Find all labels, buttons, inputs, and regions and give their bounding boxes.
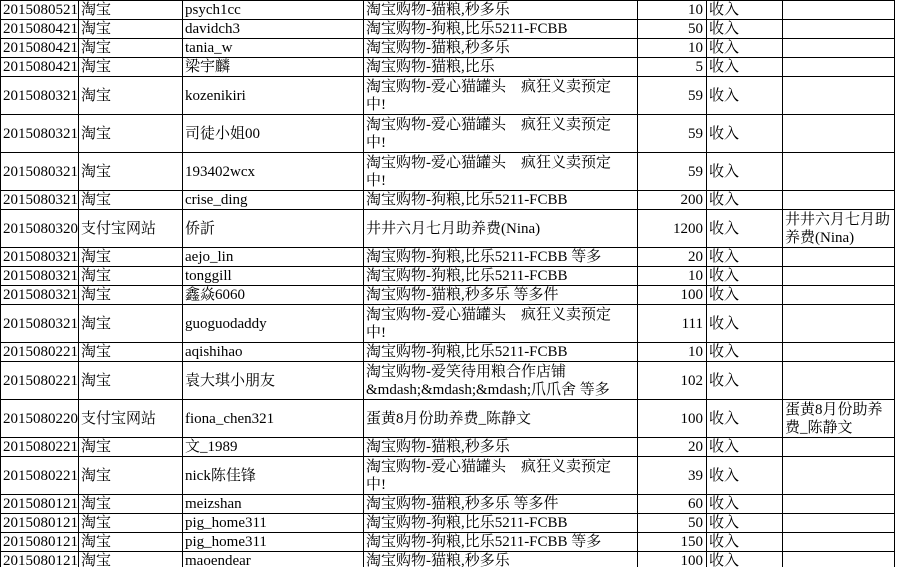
- table-row: 2015080521淘宝psych1cc淘宝购物-猫粮,秒多乐10收入: [1, 1, 895, 20]
- description-cell[interactable]: 淘宝购物-猫粮,秒多乐 等多件: [364, 495, 638, 514]
- source-cell-value: 淘宝: [79, 248, 182, 266]
- transaction-number-cell[interactable]: 2015080321: [1, 115, 79, 153]
- type-cell-value: 收入: [707, 191, 782, 209]
- table-row: 2015080321淘宝guoguodaddy淘宝购物-爱心猫罐头 疯狂义卖预定…: [1, 305, 895, 343]
- amount-cell[interactable]: 59: [638, 115, 707, 153]
- username-cell-value: psych1cc: [183, 1, 363, 19]
- type-cell[interactable]: 收入: [707, 533, 783, 552]
- amount-cell-value: 111: [638, 305, 706, 342]
- source-cell[interactable]: 淘宝: [79, 286, 183, 305]
- transaction-number-cell-value: 2015080421: [1, 20, 78, 38]
- amount-cell[interactable]: 111: [638, 305, 707, 343]
- transaction-number-cell[interactable]: 2015080421: [1, 58, 79, 77]
- table-row: 2015080321淘宝kozenikiri淘宝购物-爱心猫罐头 疯狂义卖预定 …: [1, 77, 895, 115]
- note-cell[interactable]: [783, 457, 895, 495]
- note-cell[interactable]: [783, 286, 895, 305]
- note-cell[interactable]: [783, 248, 895, 267]
- table-row: 2015080421淘宝tania_w淘宝购物-猫粮,秒多乐10收入: [1, 39, 895, 58]
- description-cell-value: 淘宝购物-狗粮,比乐5211-FCBB: [364, 20, 637, 38]
- amount-cell-value: 10: [638, 267, 706, 285]
- username-cell-value: davidch3: [183, 20, 363, 38]
- description-cell[interactable]: 淘宝购物-猫粮,秒多乐 等多件: [364, 286, 638, 305]
- amount-cell[interactable]: 10: [638, 1, 707, 20]
- description-cell[interactable]: 淘宝购物-爱心猫罐头 疯狂义卖预定 中!: [364, 153, 638, 191]
- source-cell-value: 淘宝: [79, 153, 182, 190]
- transaction-number-cell[interactable]: 2015080221: [1, 362, 79, 400]
- type-cell-value: 收入: [707, 438, 782, 456]
- type-cell[interactable]: 收入: [707, 305, 783, 343]
- description-cell-value: 淘宝购物-狗粮,比乐5211-FCBB: [364, 343, 637, 361]
- amount-cell-value: 100: [638, 286, 706, 304]
- username-cell-value: crise_ding: [183, 191, 363, 209]
- transaction-number-cell-value: 2015080321: [1, 153, 78, 190]
- source-cell[interactable]: 淘宝: [79, 77, 183, 115]
- source-cell[interactable]: 淘宝: [79, 1, 183, 20]
- transaction-number-cell-value: 2015080421: [1, 58, 78, 76]
- description-cell-value: 淘宝购物-猫粮,秒多乐 等多件: [364, 495, 637, 513]
- type-cell[interactable]: 收入: [707, 115, 783, 153]
- source-cell[interactable]: 淘宝: [79, 514, 183, 533]
- username-cell-value: meizshan: [183, 495, 363, 513]
- note-cell[interactable]: [783, 20, 895, 39]
- note-cell-value: [783, 286, 894, 304]
- note-cell[interactable]: [783, 115, 895, 153]
- transaction-number-cell[interactable]: 2015080321: [1, 267, 79, 286]
- type-cell-value: 收入: [707, 115, 782, 152]
- note-cell[interactable]: [783, 1, 895, 20]
- type-cell[interactable]: 收入: [707, 514, 783, 533]
- source-cell-value: 淘宝: [79, 457, 182, 494]
- transaction-number-cell-value: 2015080321: [1, 305, 78, 342]
- transaction-number-cell[interactable]: 2015080421: [1, 39, 79, 58]
- description-cell-value: 淘宝购物-爱心猫罐头 疯狂义卖预定 中!: [364, 153, 637, 190]
- amount-cell[interactable]: 39: [638, 457, 707, 495]
- description-cell[interactable]: 淘宝购物-狗粮,比乐5211-FCBB: [364, 20, 638, 39]
- transaction-number-cell-value: 2015080421: [1, 39, 78, 57]
- amount-cell[interactable]: 200: [638, 191, 707, 210]
- username-cell-value: 梁宇麟: [183, 58, 363, 76]
- description-cell-value: 淘宝购物-爱心猫罐头 疯狂义卖预定 中!: [364, 77, 637, 114]
- username-cell[interactable]: 司徒小姐00: [183, 115, 364, 153]
- source-cell[interactable]: 淘宝: [79, 438, 183, 457]
- source-cell-value: 淘宝: [79, 305, 182, 342]
- description-cell-value: 淘宝购物-猫粮,秒多乐 等多件: [364, 286, 637, 304]
- note-cell-value: [783, 115, 894, 152]
- username-cell-value: fiona_chen321: [183, 400, 363, 437]
- note-cell[interactable]: [783, 58, 895, 77]
- amount-cell[interactable]: 59: [638, 77, 707, 115]
- type-cell[interactable]: 收入: [707, 20, 783, 39]
- amount-cell-value: 100: [638, 400, 706, 437]
- description-cell-value: 淘宝购物-猫粮,比乐: [364, 58, 637, 76]
- description-cell-value: 淘宝购物-狗粮,比乐5211-FCBB: [364, 267, 637, 285]
- note-cell-value: [783, 20, 894, 38]
- description-cell[interactable]: 淘宝购物-狗粮,比乐5211-FCBB: [364, 343, 638, 362]
- note-cell[interactable]: [783, 552, 895, 567]
- type-cell[interactable]: 收入: [707, 286, 783, 305]
- amount-cell[interactable]: 100: [638, 400, 707, 438]
- type-cell-value: 收入: [707, 1, 782, 19]
- transaction-number-cell-value: 2015080121: [1, 495, 78, 513]
- username-cell[interactable]: 193402wcx: [183, 153, 364, 191]
- description-cell[interactable]: 淘宝购物-狗粮,比乐5211-FCBB: [364, 191, 638, 210]
- amount-cell[interactable]: 10: [638, 39, 707, 58]
- description-cell[interactable]: 淘宝购物-狗粮,比乐5211-FCBB 等多: [364, 248, 638, 267]
- username-cell-value: pig_home311: [183, 533, 363, 551]
- note-cell-value: [783, 305, 894, 342]
- username-cell-value: pig_home311: [183, 514, 363, 532]
- type-cell[interactable]: 收入: [707, 210, 783, 248]
- amount-cell-value: 100: [638, 552, 706, 567]
- table-row: 2015080221淘宝nick陈佳锋淘宝购物-爱心猫罐头 疯狂义卖预定 中!3…: [1, 457, 895, 495]
- type-cell[interactable]: 收入: [707, 552, 783, 567]
- amount-cell[interactable]: 50: [638, 514, 707, 533]
- source-cell[interactable]: 淘宝: [79, 533, 183, 552]
- username-cell[interactable]: pig_home311: [183, 533, 364, 552]
- note-cell[interactable]: [783, 153, 895, 191]
- amount-cell[interactable]: 59: [638, 153, 707, 191]
- description-cell-value: 淘宝购物-狗粮,比乐5211-FCBB: [364, 514, 637, 532]
- table-row: 2015080321淘宝aejo_lin淘宝购物-狗粮,比乐5211-FCBB …: [1, 248, 895, 267]
- username-cell[interactable]: 鑫焱6060: [183, 286, 364, 305]
- note-cell-value: [783, 77, 894, 114]
- transaction-number-cell-value: 2015080121: [1, 552, 78, 567]
- description-cell[interactable]: 淘宝购物-狗粮,比乐5211-FCBB: [364, 514, 638, 533]
- table-row: 2015080321淘宝司徒小姐00淘宝购物-爱心猫罐头 疯狂义卖预定 中!59…: [1, 115, 895, 153]
- amount-cell[interactable]: 150: [638, 533, 707, 552]
- description-cell[interactable]: 淘宝购物-猫粮,秒多乐: [364, 39, 638, 58]
- transaction-number-cell[interactable]: 2015080221: [1, 438, 79, 457]
- note-cell-value: [783, 191, 894, 209]
- source-cell[interactable]: 淘宝: [79, 362, 183, 400]
- transaction-number-cell-value: 2015080321: [1, 248, 78, 266]
- table-row: 2015080221淘宝aqishihao淘宝购物-狗粮,比乐5211-FCBB…: [1, 343, 895, 362]
- transaction-number-cell[interactable]: 2015080321: [1, 191, 79, 210]
- note-cell-value: [783, 438, 894, 456]
- note-cell[interactable]: [783, 39, 895, 58]
- description-cell[interactable]: 淘宝购物-狗粮,比乐5211-FCBB: [364, 267, 638, 286]
- source-cell-value: 淘宝: [79, 267, 182, 285]
- type-cell[interactable]: 收入: [707, 1, 783, 20]
- transaction-number-cell-value: 2015080221: [1, 457, 78, 494]
- source-cell-value: 淘宝: [79, 77, 182, 114]
- username-cell-value: 文_1989: [183, 438, 363, 456]
- note-cell-value: [783, 1, 894, 19]
- transaction-number-cell[interactable]: 2015080321: [1, 286, 79, 305]
- amount-cell[interactable]: 5: [638, 58, 707, 77]
- note-cell[interactable]: [783, 267, 895, 286]
- description-cell-value: 井井六月七月助养费(Nina): [364, 210, 637, 247]
- amount-cell-value: 5: [638, 58, 706, 76]
- username-cell-value: 193402wcx: [183, 153, 363, 190]
- note-cell[interactable]: [783, 362, 895, 400]
- source-cell-value: 淘宝: [79, 1, 182, 19]
- type-cell-value: 收入: [707, 20, 782, 38]
- type-cell-value: 收入: [707, 286, 782, 304]
- username-cell[interactable]: pig_home311: [183, 514, 364, 533]
- description-cell[interactable]: 蛋黄8月份助养费_陈静文: [364, 400, 638, 438]
- table-row: 2015080221淘宝文_1989淘宝购物-猫粮,秒多乐20收入: [1, 438, 895, 457]
- username-cell[interactable]: nick陈佳锋: [183, 457, 364, 495]
- description-cell[interactable]: 淘宝购物-狗粮,比乐5211-FCBB 等多: [364, 533, 638, 552]
- username-cell[interactable]: davidch3: [183, 20, 364, 39]
- type-cell[interactable]: 收入: [707, 248, 783, 267]
- description-cell-value: 淘宝购物-猫粮,秒多乐: [364, 552, 637, 567]
- amount-cell[interactable]: 60: [638, 495, 707, 514]
- transaction-number-cell[interactable]: 2015080121: [1, 495, 79, 514]
- type-cell-value: 收入: [707, 153, 782, 190]
- note-cell-value: [783, 39, 894, 57]
- username-cell-value: maoendear: [183, 552, 363, 567]
- source-cell-value: 淘宝: [79, 533, 182, 551]
- spreadsheet-view: 2015080521淘宝psych1cc淘宝购物-猫粮,秒多乐10收入20150…: [0, 0, 897, 567]
- transaction-number-cell[interactable]: 2015080321: [1, 305, 79, 343]
- transaction-number-cell-value: 2015080220: [1, 400, 78, 437]
- transaction-number-cell-value: 2015080121: [1, 514, 78, 532]
- transaction-number-cell[interactable]: 2015080321: [1, 77, 79, 115]
- type-cell[interactable]: 收入: [707, 191, 783, 210]
- transaction-number-cell[interactable]: 2015080321: [1, 153, 79, 191]
- transaction-number-cell[interactable]: 2015080221: [1, 457, 79, 495]
- amount-cell-value: 1200: [638, 210, 706, 247]
- note-cell-value: [783, 248, 894, 266]
- transaction-number-cell-value: 2015080221: [1, 343, 78, 361]
- amount-cell[interactable]: 10: [638, 267, 707, 286]
- amount-cell[interactable]: 1200: [638, 210, 707, 248]
- source-cell-value: 支付宝网站: [79, 400, 182, 437]
- type-cell-value: 收入: [707, 58, 782, 76]
- amount-cell[interactable]: 102: [638, 362, 707, 400]
- source-cell-value: 淘宝: [79, 343, 182, 361]
- username-cell[interactable]: meizshan: [183, 495, 364, 514]
- source-cell[interactable]: 淘宝: [79, 20, 183, 39]
- source-cell[interactable]: 淘宝: [79, 153, 183, 191]
- source-cell-value: 淘宝: [79, 286, 182, 304]
- username-cell[interactable]: aqishihao: [183, 343, 364, 362]
- transaction-number-cell-value: 2015080221: [1, 362, 78, 399]
- username-cell[interactable]: aejo_lin: [183, 248, 364, 267]
- note-cell-value: 蛋黄8月份助养 费_陈静文: [783, 400, 894, 437]
- source-cell-value: 淘宝: [79, 514, 182, 532]
- type-cell-value: 收入: [707, 305, 782, 342]
- username-cell-value: 司徒小姐00: [183, 115, 363, 152]
- type-cell[interactable]: 收入: [707, 362, 783, 400]
- description-cell-value: 淘宝购物-爱心猫罐头 疯狂义卖预定 中!: [364, 305, 637, 342]
- type-cell[interactable]: 收入: [707, 495, 783, 514]
- note-cell[interactable]: 蛋黄8月份助养 费_陈静文: [783, 400, 895, 438]
- note-cell[interactable]: [783, 514, 895, 533]
- table-row: 2015080121淘宝meizshan淘宝购物-猫粮,秒多乐 等多件60收入: [1, 495, 895, 514]
- note-cell-value: [783, 58, 894, 76]
- table-row: 2015080121淘宝pig_home311淘宝购物-狗粮,比乐5211-FC…: [1, 514, 895, 533]
- amount-cell-value: 20: [638, 438, 706, 456]
- username-cell[interactable]: 文_1989: [183, 438, 364, 457]
- description-cell-value: 淘宝购物-猫粮,秒多乐: [364, 39, 637, 57]
- transaction-number-cell-value: 2015080321: [1, 286, 78, 304]
- transaction-number-cell[interactable]: 2015080321: [1, 248, 79, 267]
- table-row: 2015080421淘宝davidch3淘宝购物-狗粮,比乐5211-FCBB5…: [1, 20, 895, 39]
- type-cell-value: 收入: [707, 495, 782, 513]
- amount-cell-value: 10: [638, 39, 706, 57]
- source-cell[interactable]: 淘宝: [79, 305, 183, 343]
- source-cell[interactable]: 淘宝: [79, 248, 183, 267]
- amount-cell-value: 60: [638, 495, 706, 513]
- source-cell-value: 淘宝: [79, 39, 182, 57]
- username-cell[interactable]: fiona_chen321: [183, 400, 364, 438]
- type-cell-value: 收入: [707, 457, 782, 494]
- table-row: 2015080320支付宝网站侨訢井井六月七月助养费(Nina)1200收入井井…: [1, 210, 895, 248]
- note-cell[interactable]: 井井六月七月助 养费(Nina): [783, 210, 895, 248]
- username-cell-value: 侨訢: [183, 210, 363, 247]
- amount-cell-value: 59: [638, 153, 706, 190]
- transactions-table: 2015080521淘宝psych1cc淘宝购物-猫粮,秒多乐10收入20150…: [0, 0, 895, 567]
- type-cell[interactable]: 收入: [707, 267, 783, 286]
- transaction-number-cell[interactable]: 2015080121: [1, 514, 79, 533]
- source-cell-value: 淘宝: [79, 552, 182, 567]
- amount-cell-value: 20: [638, 248, 706, 266]
- transaction-number-cell-value: 2015080320: [1, 210, 78, 247]
- source-cell-value: 淘宝: [79, 495, 182, 513]
- amount-cell-value: 10: [638, 1, 706, 19]
- description-cell[interactable]: 淘宝购物-爱心猫罐头 疯狂义卖预定 中!: [364, 115, 638, 153]
- source-cell[interactable]: 淘宝: [79, 58, 183, 77]
- description-cell[interactable]: 淘宝购物-爱心猫罐头 疯狂义卖预定 中!: [364, 457, 638, 495]
- username-cell[interactable]: tonggill: [183, 267, 364, 286]
- source-cell-value: 淘宝: [79, 58, 182, 76]
- description-cell[interactable]: 淘宝购物-猫粮,秒多乐: [364, 438, 638, 457]
- amount-cell-value: 39: [638, 457, 706, 494]
- description-cell[interactable]: 淘宝购物-猫粮,秒多乐: [364, 552, 638, 567]
- username-cell[interactable]: maoendear: [183, 552, 364, 567]
- type-cell-value: 收入: [707, 267, 782, 285]
- description-cell-value: 淘宝购物-猫粮,秒多乐: [364, 1, 637, 19]
- amount-cell-value: 200: [638, 191, 706, 209]
- source-cell[interactable]: 淘宝: [79, 267, 183, 286]
- type-cell[interactable]: 收入: [707, 58, 783, 77]
- amount-cell[interactable]: 100: [638, 286, 707, 305]
- description-cell[interactable]: 淘宝购物-爱心猫罐头 疯狂义卖预定 中!: [364, 77, 638, 115]
- transaction-number-cell[interactable]: 2015080220: [1, 400, 79, 438]
- amount-cell[interactable]: 10: [638, 343, 707, 362]
- transaction-number-cell[interactable]: 2015080121: [1, 533, 79, 552]
- source-cell-value: 支付宝网站: [79, 210, 182, 247]
- type-cell[interactable]: 收入: [707, 343, 783, 362]
- type-cell-value: 收入: [707, 362, 782, 399]
- username-cell-value: 袁大琪小朋友: [183, 362, 363, 399]
- description-cell-value: 淘宝购物-猫粮,秒多乐: [364, 438, 637, 456]
- source-cell[interactable]: 支付宝网站: [79, 400, 183, 438]
- source-cell-value: 淘宝: [79, 191, 182, 209]
- description-cell[interactable]: 淘宝购物-猫粮,秒多乐: [364, 1, 638, 20]
- transaction-number-cell-value: 2015080321: [1, 77, 78, 114]
- amount-cell-value: 59: [638, 115, 706, 152]
- username-cell[interactable]: tania_w: [183, 39, 364, 58]
- note-cell-value: [783, 153, 894, 190]
- type-cell[interactable]: 收入: [707, 77, 783, 115]
- username-cell-value: 鑫焱6060: [183, 286, 363, 304]
- description-cell[interactable]: 淘宝购物-爱心猫罐头 疯狂义卖预定 中!: [364, 305, 638, 343]
- note-cell[interactable]: [783, 77, 895, 115]
- note-cell-value: [783, 457, 894, 494]
- transaction-number-cell[interactable]: 2015080121: [1, 552, 79, 567]
- source-cell[interactable]: 淘宝: [79, 552, 183, 567]
- description-cell[interactable]: 淘宝购物-猫粮,比乐: [364, 58, 638, 77]
- note-cell[interactable]: [783, 191, 895, 210]
- amount-cell-value: 10: [638, 343, 706, 361]
- transaction-number-cell[interactable]: 2015080521: [1, 1, 79, 20]
- transaction-number-cell[interactable]: 2015080320: [1, 210, 79, 248]
- type-cell-value: 收入: [707, 39, 782, 57]
- table-row: 2015080121淘宝pig_home311淘宝购物-狗粮,比乐5211-FC…: [1, 533, 895, 552]
- source-cell-value: 淘宝: [79, 115, 182, 152]
- transaction-number-cell-value: 2015080121: [1, 533, 78, 551]
- username-cell[interactable]: 侨訢: [183, 210, 364, 248]
- amount-cell[interactable]: 100: [638, 552, 707, 567]
- transaction-number-cell-value: 2015080321: [1, 267, 78, 285]
- type-cell-value: 收入: [707, 514, 782, 532]
- description-cell-value: 淘宝购物-狗粮,比乐5211-FCBB 等多: [364, 533, 637, 551]
- type-cell-value: 收入: [707, 248, 782, 266]
- type-cell[interactable]: 收入: [707, 438, 783, 457]
- table-row: 2015080421淘宝梁宇麟淘宝购物-猫粮,比乐5收入: [1, 58, 895, 77]
- type-cell-value: 收入: [707, 77, 782, 114]
- amount-cell-value: 150: [638, 533, 706, 551]
- table-row: 2015080321淘宝鑫焱6060淘宝购物-猫粮,秒多乐 等多件100收入: [1, 286, 895, 305]
- type-cell[interactable]: 收入: [707, 153, 783, 191]
- description-cell-value: 淘宝购物-爱心猫罐头 疯狂义卖预定 中!: [364, 457, 637, 494]
- note-cell[interactable]: [783, 305, 895, 343]
- type-cell[interactable]: 收入: [707, 39, 783, 58]
- transaction-number-cell-value: 2015080321: [1, 191, 78, 209]
- type-cell[interactable]: 收入: [707, 457, 783, 495]
- source-cell[interactable]: 淘宝: [79, 495, 183, 514]
- source-cell[interactable]: 淘宝: [79, 343, 183, 362]
- note-cell-value: [783, 343, 894, 361]
- amount-cell[interactable]: 20: [638, 438, 707, 457]
- username-cell[interactable]: kozenikiri: [183, 77, 364, 115]
- amount-cell[interactable]: 50: [638, 20, 707, 39]
- table-row: 2015080121淘宝maoendear淘宝购物-猫粮,秒多乐100收入: [1, 552, 895, 567]
- type-cell-value: 收入: [707, 343, 782, 361]
- description-cell[interactable]: 井井六月七月助养费(Nina): [364, 210, 638, 248]
- type-cell-value: 收入: [707, 210, 782, 247]
- note-cell[interactable]: [783, 495, 895, 514]
- transaction-number-cell[interactable]: 2015080221: [1, 343, 79, 362]
- table-row: 2015080321淘宝crise_ding淘宝购物-狗粮,比乐5211-FCB…: [1, 191, 895, 210]
- username-cell[interactable]: 梁宇麟: [183, 58, 364, 77]
- source-cell[interactable]: 支付宝网站: [79, 210, 183, 248]
- note-cell[interactable]: [783, 438, 895, 457]
- transaction-number-cell-value: 2015080321: [1, 115, 78, 152]
- username-cell[interactable]: crise_ding: [183, 191, 364, 210]
- note-cell[interactable]: [783, 343, 895, 362]
- type-cell[interactable]: 收入: [707, 400, 783, 438]
- source-cell[interactable]: 淘宝: [79, 115, 183, 153]
- username-cell[interactable]: guoguodaddy: [183, 305, 364, 343]
- username-cell[interactable]: 袁大琪小朋友: [183, 362, 364, 400]
- source-cell[interactable]: 淘宝: [79, 457, 183, 495]
- source-cell[interactable]: 淘宝: [79, 39, 183, 58]
- source-cell[interactable]: 淘宝: [79, 191, 183, 210]
- amount-cell-value: 50: [638, 20, 706, 38]
- transaction-number-cell[interactable]: 2015080421: [1, 20, 79, 39]
- description-cell[interactable]: 淘宝购物-爱笑待用粮合作店铺 &mdash;&mdash;&mdash;爪爪舍 …: [364, 362, 638, 400]
- table-row: 2015080321淘宝tonggill淘宝购物-狗粮,比乐5211-FCBB1…: [1, 267, 895, 286]
- note-cell[interactable]: [783, 533, 895, 552]
- amount-cell[interactable]: 20: [638, 248, 707, 267]
- username-cell[interactable]: psych1cc: [183, 1, 364, 20]
- amount-cell-value: 59: [638, 77, 706, 114]
